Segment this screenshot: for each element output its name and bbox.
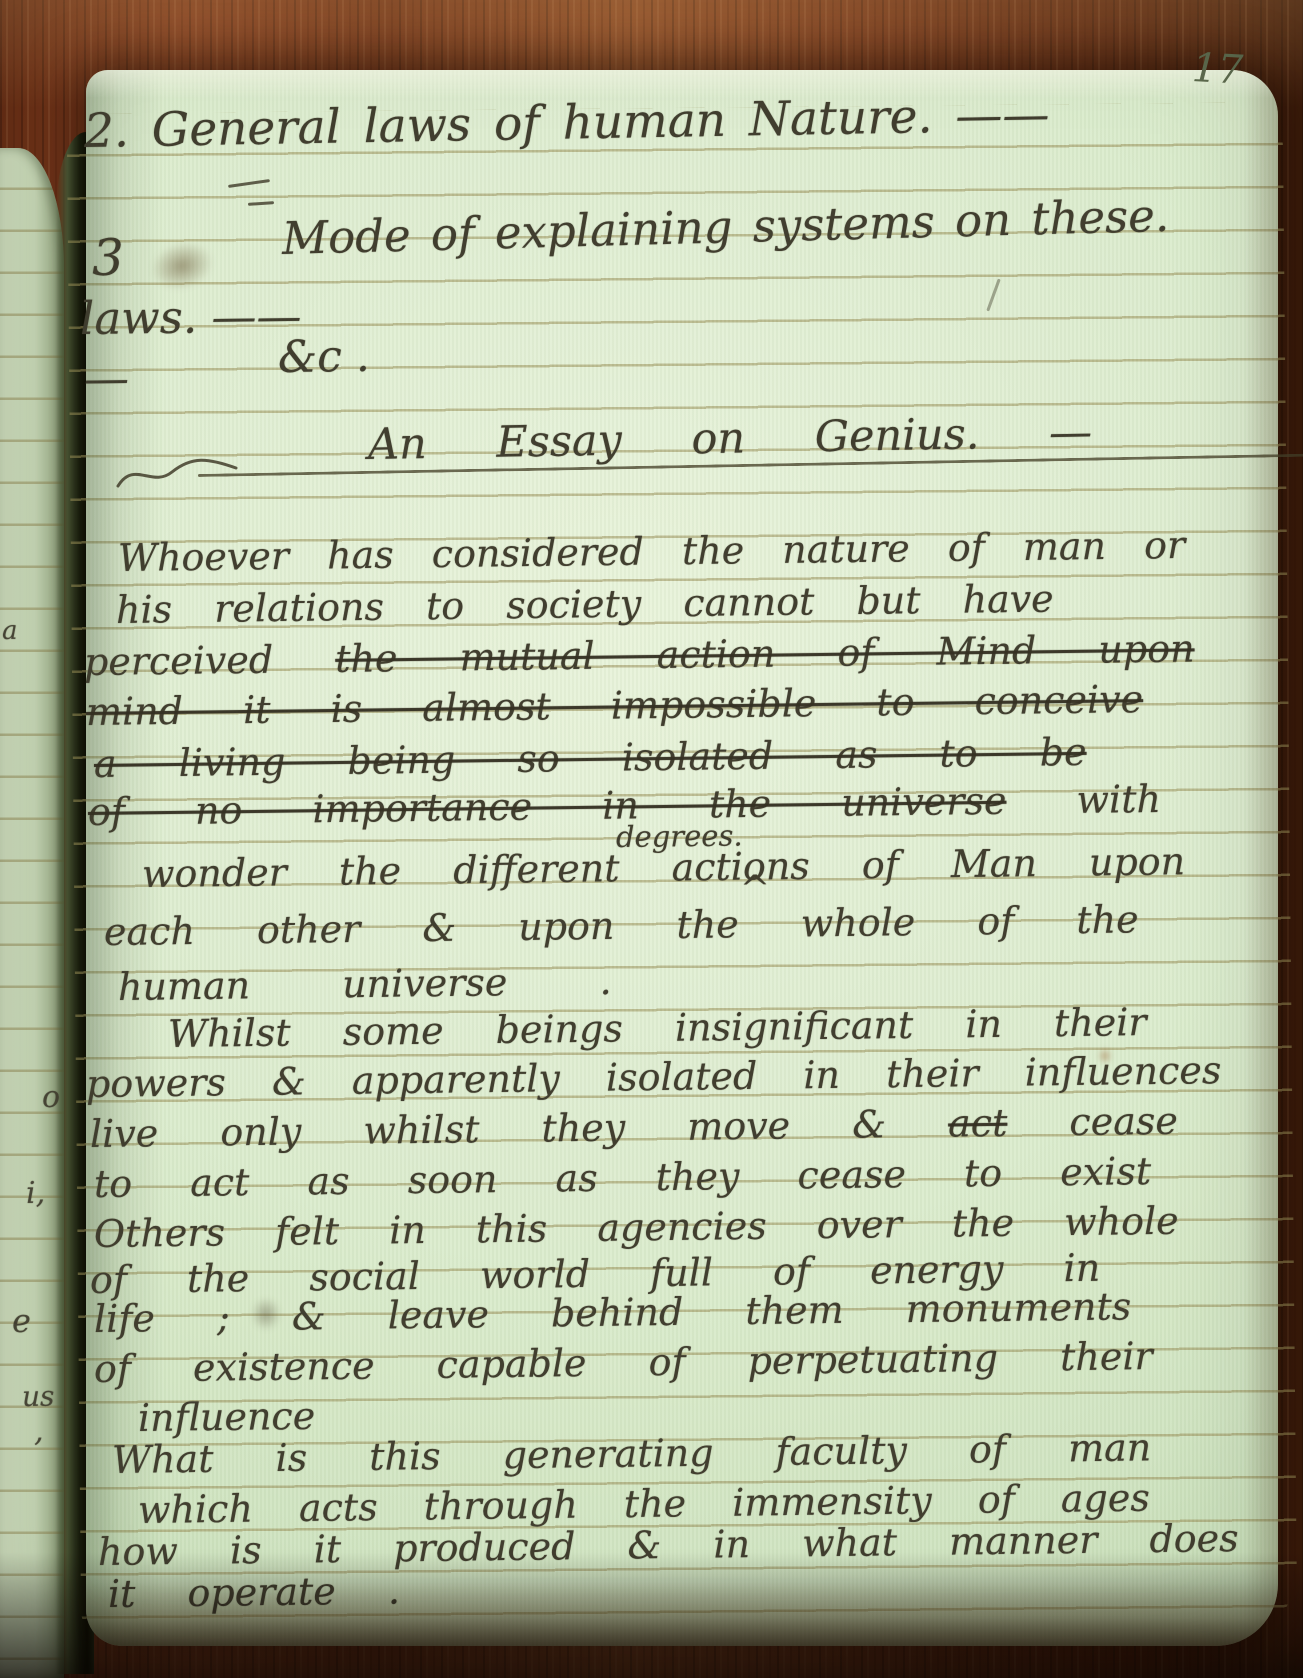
header-item-2: 2. General laws of human Nature. —— — [84, 87, 1050, 160]
facing-page-fragment: o — [42, 1080, 61, 1116]
manuscript-line: human universe . — [118, 959, 612, 1011]
etcetera-mark: &c . — [278, 331, 370, 385]
manuscript-line: wonder the different actions of Man upon — [142, 839, 1186, 897]
flourish-mark — [112, 452, 242, 496]
facing-page-fragment: i, — [26, 1176, 46, 1212]
manuscript-line: each other & upon the whole of the — [104, 897, 1139, 955]
facing-page-fragment: e — [12, 1302, 31, 1341]
desk-shadow-band — [0, 1538, 1303, 1678]
page-number: 17 — [1191, 44, 1244, 95]
manuscript-line: his relations to society cannot but have — [116, 577, 1054, 634]
manuscript-line: Whoever has considered the nature of man… — [118, 523, 1186, 582]
manuscript-line: live only whilst they move & act cease — [90, 1099, 1178, 1158]
facing-page-fragment: , — [34, 1414, 44, 1450]
manuscript-line: influence — [138, 1394, 316, 1442]
manuscript-line: Whilst some beings insignificant in thei… — [168, 1000, 1147, 1058]
notebook-page: 17 2. General laws of human Nature. —— 3… — [86, 70, 1278, 1646]
manuscript-line: powers & apparently isolated in their in… — [86, 1048, 1222, 1107]
margin-dash: — — [84, 351, 130, 406]
facing-page-fragment: a — [2, 616, 18, 647]
header-item-3-text: Mode of explaining systems on these. — [281, 189, 1169, 266]
manuscript-line: mind it is almost impossible to conceive — [86, 677, 1144, 736]
manuscript-line: to act as soon as they cease to exist — [94, 1149, 1152, 1208]
rust-spot — [1096, 1045, 1114, 1067]
manuscript-line: of existence capable of perpetuating the… — [94, 1334, 1153, 1393]
facing-page-edge — [0, 148, 64, 1678]
underline-mark — [228, 179, 270, 188]
header-item-3-continuation: laws. —— — [80, 289, 302, 346]
manuscript-line: perceived the mutual action of Mind upon — [84, 626, 1195, 685]
header-item-3-number: 3 — [92, 228, 125, 288]
facing-page-fragment: us — [22, 1380, 55, 1414]
underline-mark — [248, 201, 274, 206]
pencil-tick — [986, 279, 1000, 312]
